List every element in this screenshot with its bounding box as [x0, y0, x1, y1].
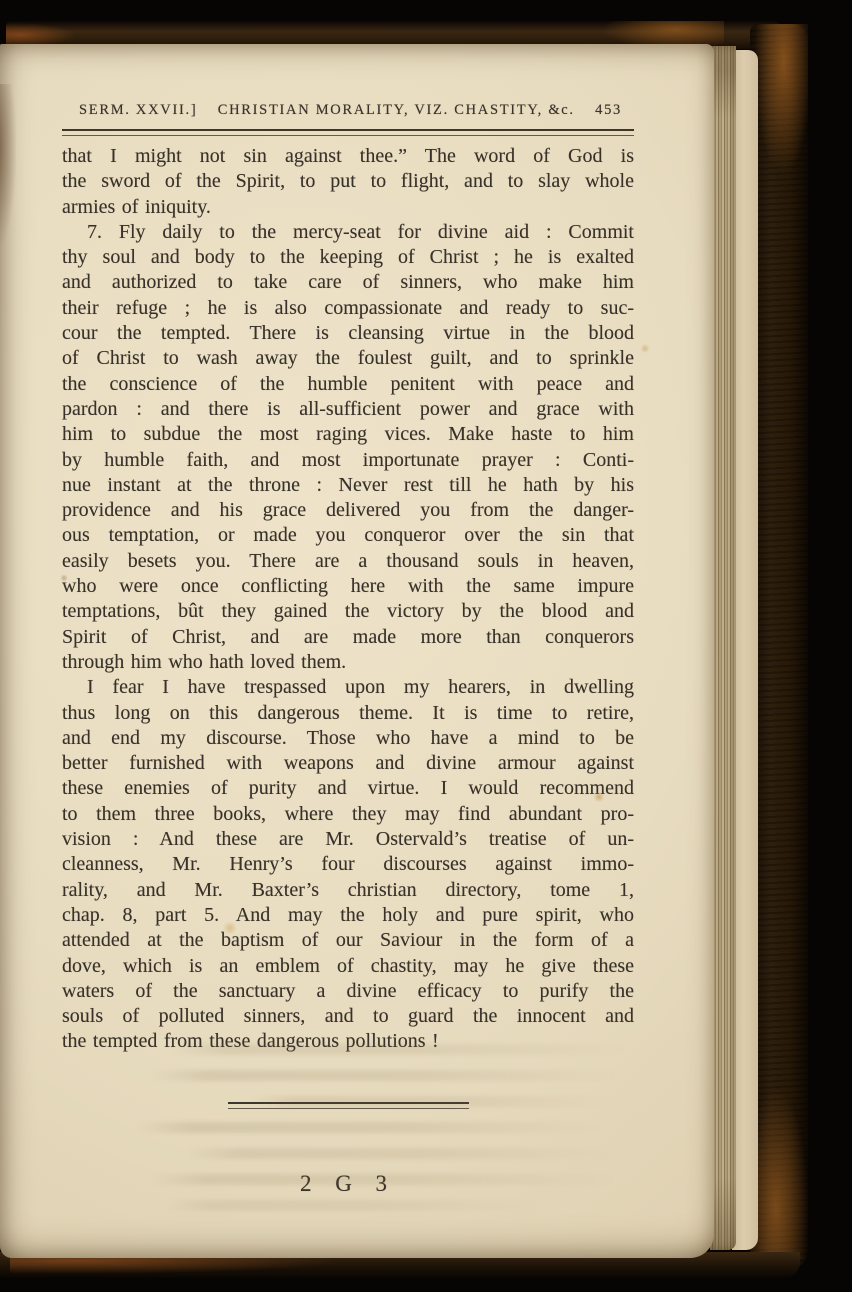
- text-line: souls of polluted sinners, and to guard …: [62, 1004, 634, 1029]
- text-line: who were once conflicting here with the …: [62, 574, 634, 599]
- text-line: armies of iniquity.: [62, 195, 634, 220]
- text-line: rality, and Mr. Baxter’s christian direc…: [62, 878, 634, 903]
- text-line: thus long on this dangerous theme. It is…: [62, 701, 634, 726]
- showthrough-texture: [170, 1044, 630, 1055]
- foxing-spot: [60, 574, 68, 582]
- page-content: SERM. XXVII.] CHRISTIAN MORALITY, VIZ. C…: [62, 102, 634, 1197]
- text-line: better furnished with weapons and divine…: [62, 751, 634, 776]
- text-line: providence and his grace delivered you f…: [62, 498, 634, 523]
- text-line: of Christ to wash away the foulest guilt…: [62, 346, 634, 371]
- text-line: waters of the sanctuary a divine efficac…: [62, 979, 634, 1004]
- book-cover-right: [750, 24, 808, 1270]
- text-line: vision : And these are Mr. Ostervald’s t…: [62, 827, 634, 852]
- header-title: CHRISTIAN MORALITY, VIZ. CHASTITY, &c.: [218, 102, 575, 119]
- text-line: ous temptation, or made you conqueror ov…: [62, 523, 634, 548]
- text-line: him to subdue the most raging vices. Mak…: [62, 422, 634, 447]
- text-line: pardon : and there is all-sufficient pow…: [62, 397, 634, 422]
- book-page: SERM. XXVII.] CHRISTIAN MORALITY, VIZ. C…: [0, 44, 714, 1258]
- text-line: nue instant at the throne : Never rest t…: [62, 473, 634, 498]
- text-line: to them three books, where they may find…: [62, 802, 634, 827]
- foxing-spot: [593, 792, 605, 802]
- showthrough-texture: [150, 1070, 620, 1081]
- header-page-number: 453: [595, 102, 622, 119]
- text-line: their refuge ; he is also compassionate …: [62, 296, 634, 321]
- showthrough-texture: [165, 1200, 545, 1211]
- header-section-label: SERM. XXVII.]: [79, 102, 197, 119]
- text-line: 7. Fly daily to the mercy-seat for divin…: [62, 220, 634, 245]
- showthrough-texture: [250, 1096, 610, 1107]
- text-line: chap. 8, part 5. And may the holy and pu…: [62, 903, 634, 928]
- text-line: I fear I have trespassed upon my hearers…: [62, 675, 634, 700]
- text-line: easily besets you. There are a thousand …: [62, 549, 634, 574]
- text-line: dove, which is an emblem of chastity, ma…: [62, 954, 634, 979]
- showthrough-texture: [185, 1148, 615, 1159]
- text-line: and end my discourse. Those who have a m…: [62, 726, 634, 751]
- showthrough-texture: [135, 1122, 605, 1133]
- showthrough-texture: [150, 1174, 620, 1185]
- photo-background: SERM. XXVII.] CHRISTIAN MORALITY, VIZ. C…: [0, 0, 852, 1292]
- running-header: SERM. XXVII.] CHRISTIAN MORALITY, VIZ. C…: [62, 102, 634, 122]
- paragraph: I fear I have trespassed upon my hearers…: [62, 675, 634, 1054]
- text-line: and authorized to take care of sinners, …: [62, 270, 634, 295]
- paragraph: that I might not sin against thee.” The …: [62, 144, 634, 220]
- text-line: these enemies of purity and virtue. I wo…: [62, 776, 634, 801]
- text-line: temptations, bût they gained the victory…: [62, 599, 634, 624]
- paragraph: 7. Fly daily to the mercy-seat for divin…: [62, 220, 634, 675]
- text-line: cour the tempted. There is cleansing vir…: [62, 321, 634, 346]
- foxing-spot: [640, 344, 650, 353]
- text-line: that I might not sin against thee.” The …: [62, 144, 634, 169]
- text-line: Spirit of Christ, and are made more than…: [62, 625, 634, 650]
- header-rule: [62, 129, 634, 136]
- text-line: the conscience of the humble penitent wi…: [62, 372, 634, 397]
- foxing-spot: [222, 922, 238, 934]
- text-line: cleanness, Mr. Henry’s four discourses a…: [62, 852, 634, 877]
- text-line: attended at the baptism of our Saviour i…: [62, 928, 634, 953]
- text-line: the sword of the Spirit, to put to fligh…: [62, 169, 634, 194]
- text-line: through him who hath loved them.: [62, 650, 634, 675]
- page-body: that I might not sin against thee.” The …: [62, 144, 634, 1055]
- text-line: thy soul and body to the keeping of Chri…: [62, 245, 634, 270]
- text-line: by humble faith, and most importunate pr…: [62, 448, 634, 473]
